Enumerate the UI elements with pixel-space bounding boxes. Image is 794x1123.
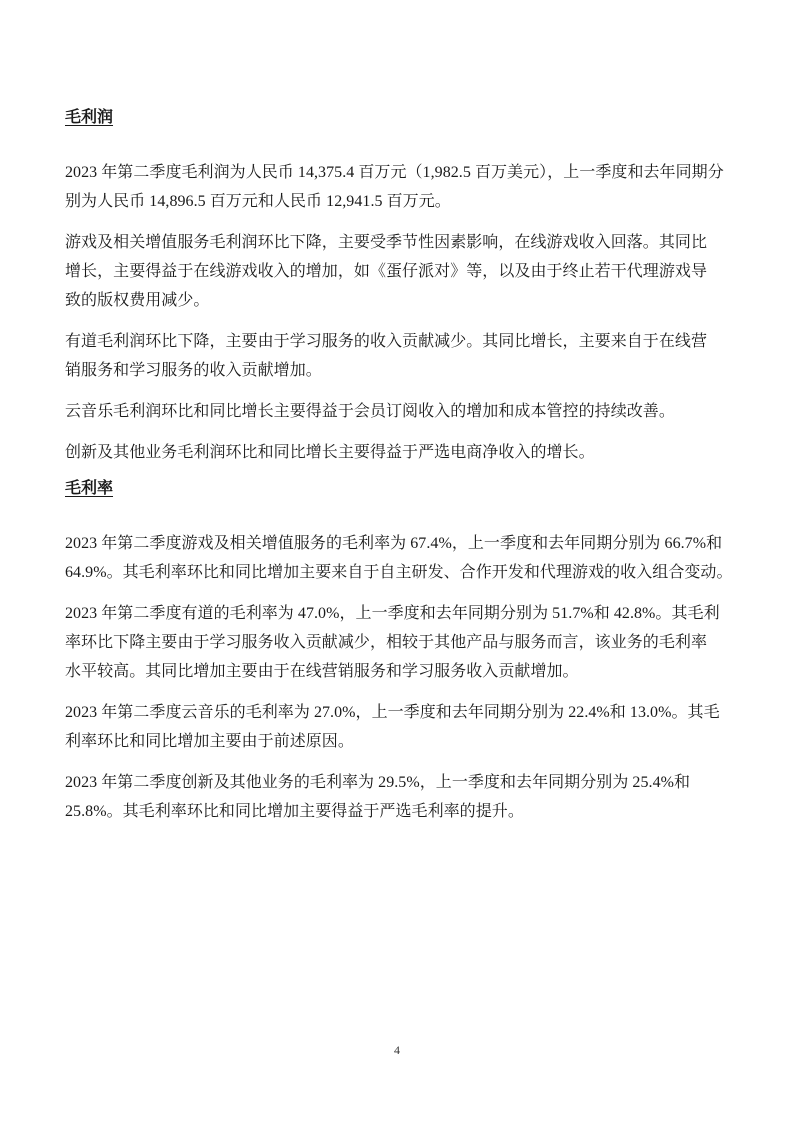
text-line: 云音乐毛利润环比和同比增长主要得益于会员订阅收入的增加和成本管控的持续改善。: [65, 397, 730, 426]
text-line: 2023 年第二季度毛利润为人民币 14,375.4 百万元（1,982.5 百…: [65, 158, 730, 187]
section-heading: 毛利率: [65, 479, 113, 499]
text-line: 增长，主要得益于在线游戏收入的增加，如《蛋仔派对》等，以及由于终止若干代理游戏导: [65, 257, 730, 286]
paragraph: 云音乐毛利润环比和同比增长主要得益于会员订阅收入的增加和成本管控的持续改善。: [65, 397, 730, 426]
section-gross-profit: 毛利润 2023 年第二季度毛利润为人民币 14,375.4 百万元（1,982…: [65, 108, 730, 467]
text-line: 64.9%。其毛利率环比和同比增加主要来自于自主研发、合作开发和代理游戏的收入组…: [65, 558, 730, 587]
paragraph: 2023 年第二季度有道的毛利率为 47.0%，上一季度和去年同期分别为 51.…: [65, 599, 730, 686]
text-line: 别为人民币 14,896.5 百万元和人民币 12,941.5 百万元。: [65, 187, 730, 216]
text-line: 2023 年第二季度创新及其他业务的毛利率为 29.5%，上一季度和去年同期分别…: [65, 768, 730, 797]
text-line: 有道毛利润环比下降，主要由于学习服务的收入贡献减少。其同比增长，主要来自于在线营: [65, 327, 730, 356]
page-number: 4: [0, 1043, 794, 1058]
document-page: 毛利润 2023 年第二季度毛利润为人民币 14,375.4 百万元（1,982…: [65, 108, 730, 838]
text-line: 2023 年第二季度云音乐的毛利率为 27.0%，上一季度和去年同期分别为 22…: [65, 698, 730, 727]
paragraph: 有道毛利润环比下降，主要由于学习服务的收入贡献减少。其同比增长，主要来自于在线营…: [65, 327, 730, 385]
paragraph: 创新及其他业务毛利润环比和同比增长主要得益于严选电商净收入的增长。: [65, 438, 730, 467]
section-gross-margin: 毛利率 2023 年第二季度游戏及相关增值服务的毛利率为 67.4%，上一季度和…: [65, 479, 730, 826]
text-line: 水平较高。其同比增加主要由于在线营销服务和学习服务收入贡献增加。: [65, 657, 730, 686]
text-line: 2023 年第二季度有道的毛利率为 47.0%，上一季度和去年同期分别为 51.…: [65, 599, 730, 628]
text-line: 游戏及相关增值服务毛利润环比下降，主要受季节性因素影响，在线游戏收入回落。其同比: [65, 228, 730, 257]
text-line: 25.8%。其毛利率环比和同比增加主要得益于严选毛利率的提升。: [65, 797, 730, 826]
text-line: 率环比下降主要由于学习服务收入贡献减少，相较于其他产品与服务而言，该业务的毛利率: [65, 628, 730, 657]
paragraph: 2023 年第二季度游戏及相关增值服务的毛利率为 67.4%，上一季度和去年同期…: [65, 529, 730, 587]
text-line: 2023 年第二季度游戏及相关增值服务的毛利率为 67.4%，上一季度和去年同期…: [65, 529, 730, 558]
text-line: 创新及其他业务毛利润环比和同比增长主要得益于严选电商净收入的增长。: [65, 438, 730, 467]
paragraph: 游戏及相关增值服务毛利润环比下降，主要受季节性因素影响，在线游戏收入回落。其同比…: [65, 228, 730, 315]
text-line: 致的版权费用减少。: [65, 286, 730, 315]
paragraph: 2023 年第二季度云音乐的毛利率为 27.0%，上一季度和去年同期分别为 22…: [65, 698, 730, 756]
text-line: 利率环比和同比增加主要由于前述原因。: [65, 727, 730, 756]
paragraph: 2023 年第二季度毛利润为人民币 14,375.4 百万元（1,982.5 百…: [65, 158, 730, 216]
section-heading: 毛利润: [65, 108, 113, 128]
text-line: 销服务和学习服务的收入贡献增加。: [65, 356, 730, 385]
paragraph: 2023 年第二季度创新及其他业务的毛利率为 29.5%，上一季度和去年同期分别…: [65, 768, 730, 826]
